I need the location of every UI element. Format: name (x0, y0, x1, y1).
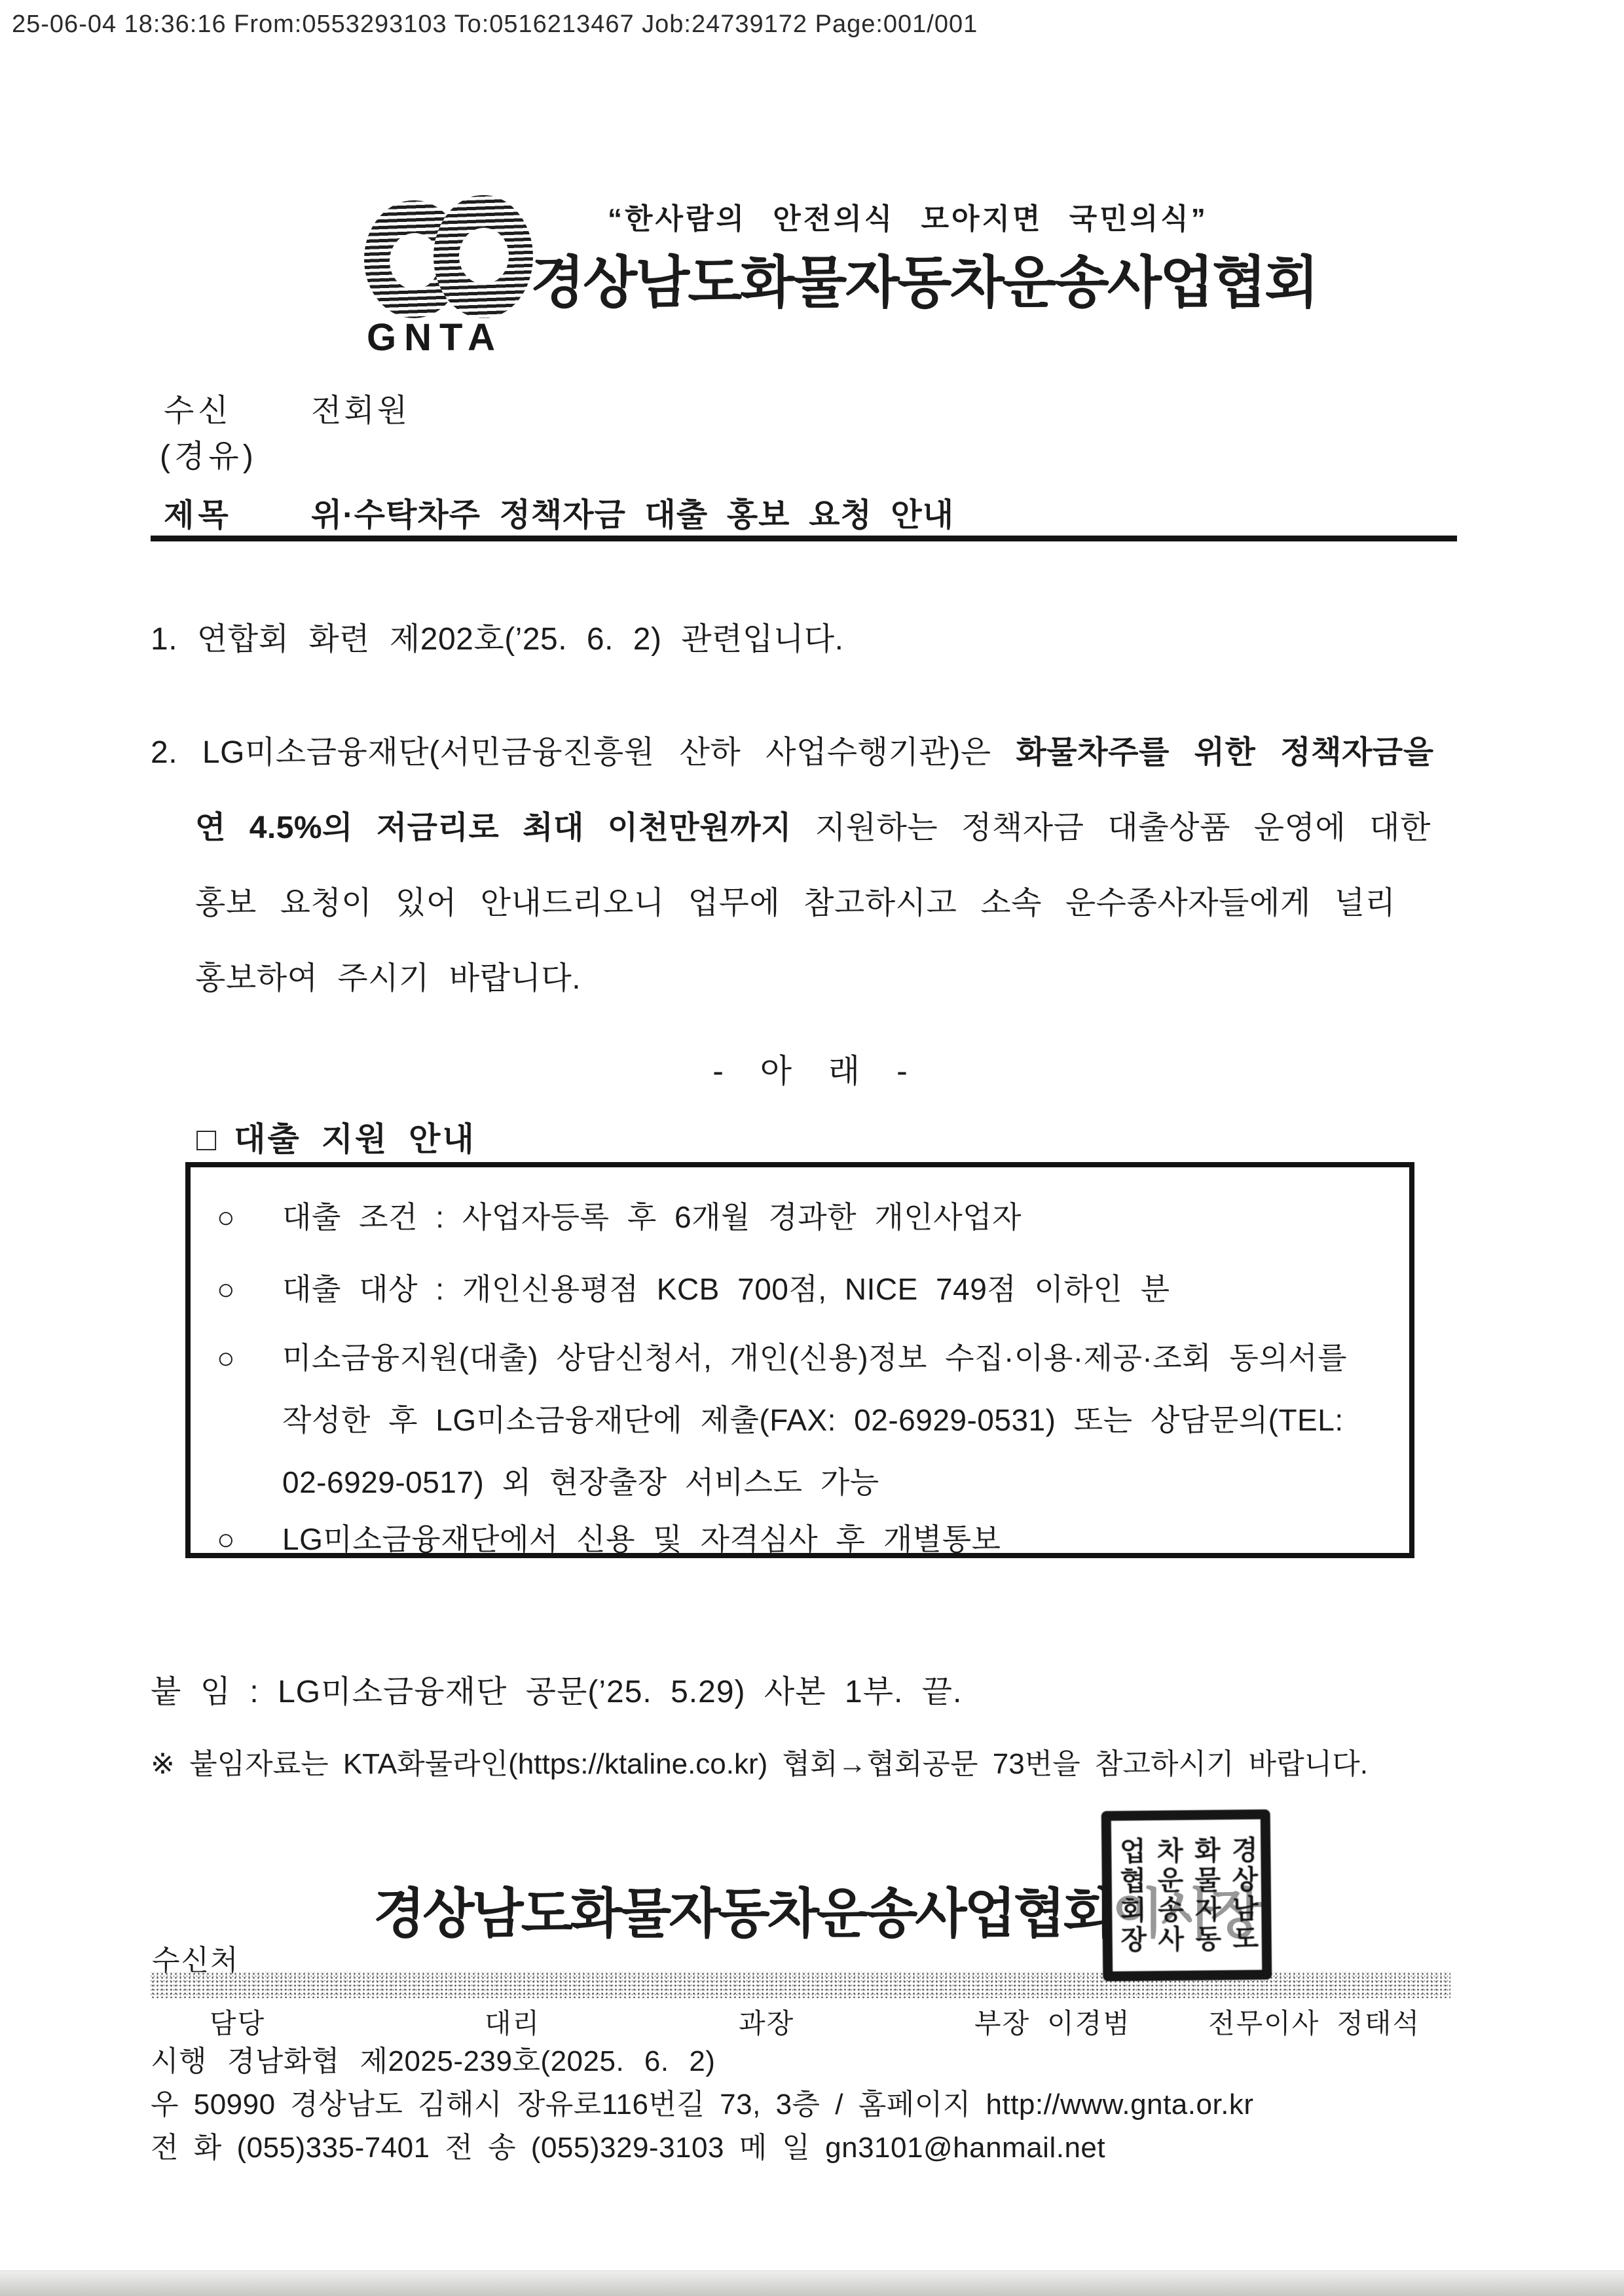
loan-section-title: 대출 지원 안내 (234, 1121, 476, 1157)
paragraph-2-line-3: 홍보 요청이 있어 안내드리오니 업무에 참고하시고 소속 운수종사자들에게 널… (195, 877, 1395, 922)
fax-transmission-header: 25-06-04 18:36:16 From:0553293103 To:051… (12, 10, 978, 39)
official-seal-stamp-icon: 경상남도 화물자동 차운송사 업협회장 (1101, 1810, 1272, 1982)
loan-box-item-continuation: 02-6929-0517) 외 현장출장 서비스도 가능 (282, 1459, 879, 1502)
loan-box-item-continuation: 작성한 후 LG미소금융재단에 제출(FAX: 02-6929-0531) 또는… (282, 1396, 1344, 1440)
paragraph-2-line-2-normal: 지원하는 정책자금 대출상품 운영에 대한 (815, 811, 1431, 845)
loan-box-item-text: 미소금융지원(대출) 상담신청서, 개인(신용)정보 수집·이용·제공·조회 동… (282, 1341, 1347, 1375)
paragraph-1: 1. 연합회 화련 제202호(’25. 6. 2) 관련입니다. (151, 613, 843, 659)
scan-bottom-edge (0, 2270, 1624, 2296)
fax-document-page: 25-06-04 18:36:16 From:0553293103 To:051… (0, 0, 1624, 2296)
circle-bullet-icon: ○ (217, 1522, 282, 1557)
attachment-line: 붙 임 : LG미소금융재단 공문(’25. 5.29) 사본 1부. 끝. (151, 1666, 962, 1711)
approval-cell: 부장이경범 (974, 2002, 1131, 2041)
circle-bullet-icon: ○ (217, 1271, 282, 1307)
header-divider-line (151, 536, 1457, 541)
approval-cell: 담당 (210, 2002, 282, 2041)
below-marker: - 아 래 - (0, 1045, 1624, 1092)
org-name-title: 경상남도화물자동차운송사업협회 (530, 237, 1317, 318)
subject-label: 제목 (164, 490, 232, 535)
paragraph-2-line-2: 연 4.5%의 저금리로 최대 이천만원까지 지원하는 정책자금 대출상품 운영… (195, 802, 1431, 847)
loan-box-item-text: 대출 대상 : 개인신용평점 KCB 700점, NICE 749점 이하인 분 (282, 1272, 1170, 1306)
gnta-logo-icon: GNTA (364, 194, 541, 364)
address-line: 우 50990 경상남도 김해시 장유로116번길 73, 3층 / 홈페이지 … (151, 2081, 1254, 2123)
loan-box-item: ○LG미소금융재단에서 신용 및 자격심사 후 개별통보 (217, 1516, 1001, 1559)
approval-name: 이경범 (1047, 2008, 1131, 2039)
circle-bullet-icon: ○ (217, 1199, 282, 1235)
approval-role: 담당 (210, 2008, 265, 2039)
approval-cell: 전무이사정태석 (1208, 2002, 1420, 2041)
circle-bullet-icon: ○ (217, 1340, 282, 1376)
paragraph-2-line-1-bold: 화물차주를 위한 정책자금을 (1016, 735, 1433, 770)
approval-role: 과장 (739, 2008, 794, 2039)
loan-box-item-text: 대출 조건 : 사업자등록 후 6개월 경과한 개인사업자 (282, 1200, 1022, 1234)
approval-name: 정태석 (1337, 2008, 1420, 2039)
approval-cell: 과장 (739, 2002, 811, 2041)
approval-role: 부장 (974, 2008, 1030, 2039)
seal-column: 차운송사 (1153, 1836, 1183, 1954)
recipient-label: 수신 (164, 385, 232, 430)
logo-ring-right-icon (434, 195, 533, 318)
square-bullet-icon: □ (196, 1121, 218, 1157)
paragraph-2-line-4: 홍보하여 주시기 바랍니다. (195, 953, 581, 998)
document-number-line: 시행 경남화협 제2025-239호(2025. 6. 2) (151, 2037, 715, 2079)
org-slogan: “한사람의 안전의식 모아지면 국민의식” (608, 195, 1208, 237)
paragraph-2-line-1: 2. LG미소금융재단(서민금융진흥원 산하 사업수행기관)은 화물차주를 위한… (151, 727, 1434, 772)
paragraph-2-line-2-bold: 연 4.5%의 저금리로 최대 이천만원까지 (195, 811, 792, 845)
approval-cell: 대리 (485, 2002, 557, 2041)
loan-box-item-text: LG미소금융재단에서 신용 및 자격심사 후 개별통보 (282, 1522, 1001, 1556)
recipient-value: 전회원 (311, 385, 410, 430)
via-label: (경유) (160, 431, 257, 476)
loan-box-item: ○대출 조건 : 사업자등록 후 6개월 경과한 개인사업자 (217, 1194, 1022, 1237)
loan-box-item: ○미소금융지원(대출) 상담신청서, 개인(신용)정보 수집·이용·제공·조회 … (217, 1334, 1347, 1377)
seal-column: 화물자동 (1190, 1836, 1220, 1954)
loan-section-heading: □대출 지원 안내 (196, 1113, 476, 1160)
contact-line: 전 화 (055)335-7401 전 송 (055)329-3103 메 일 … (151, 2124, 1105, 2166)
loan-box-item: ○대출 대상 : 개인신용평점 KCB 700점, NICE 749점 이하인 … (217, 1266, 1170, 1309)
subject-value: 위·수탁차주 정책자금 대출 홍보 요청 안내 (311, 490, 954, 536)
seal-column: 경상남도 (1228, 1836, 1257, 1954)
paragraph-2-line-1-normal: 2. LG미소금융재단(서민금융진흥원 산하 사업수행기관)은 (151, 735, 991, 770)
attachment-reference-line: ※ 붙임자료는 KTA화물라인(https://ktaline.co.kr) 협… (151, 1740, 1368, 1782)
seal-column: 업협회장 (1116, 1837, 1145, 1955)
loan-info-box: ○대출 조건 : 사업자등록 후 6개월 경과한 개인사업자 ○대출 대상 : … (185, 1162, 1414, 1558)
approval-role: 대리 (485, 2008, 540, 2039)
approval-role: 전무이사 (1208, 2008, 1319, 2039)
logo-text: GNTA (367, 316, 503, 359)
